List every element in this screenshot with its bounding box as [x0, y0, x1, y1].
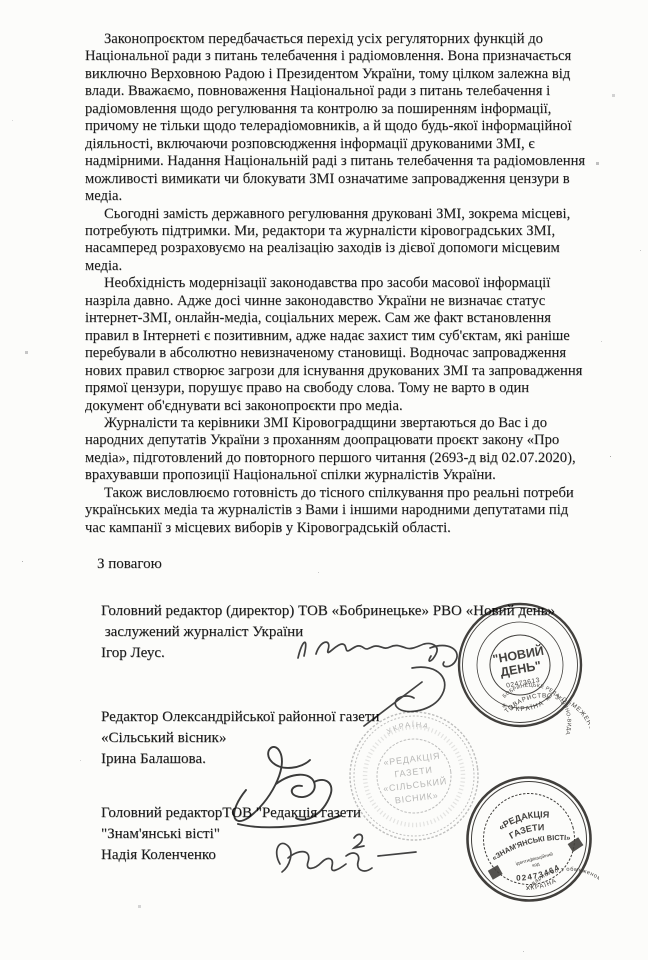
svg-text:код: код	[532, 862, 541, 869]
closing-salutation: З повагою	[97, 556, 162, 573]
svg-text:«РЕДАКЦІЯ: «РЕДАКЦІЯ	[383, 751, 441, 768]
paragraph-5: Також висловлюємо готовність до тісного …	[85, 485, 635, 537]
letter-body: Законопроєктом передбачається перехід ус…	[85, 31, 635, 537]
paragraph-1: Законопроєктом передбачається перехід ус…	[85, 31, 635, 206]
paragraph-2: Сьогодні замість державного регулювання …	[85, 206, 635, 276]
scan-noise-speckles	[0, 0, 1, 1]
scanned-letter-page: Законопроєктом передбачається перехід ус…	[0, 0, 648, 960]
paragraph-3: Необхідність модернізації законодавства …	[85, 275, 635, 415]
svg-text:ВІСНИК»: ВІСНИК»	[394, 790, 439, 805]
stamp-znamianski-visti: товариство з обмеженою відповідальністю …	[459, 769, 599, 909]
svg-text:ГАЗЕТИ: ГАЗЕТИ	[394, 765, 433, 780]
paragraph-4: Журналісти та керівники ЗМІ Кіровоградщи…	[85, 415, 635, 485]
